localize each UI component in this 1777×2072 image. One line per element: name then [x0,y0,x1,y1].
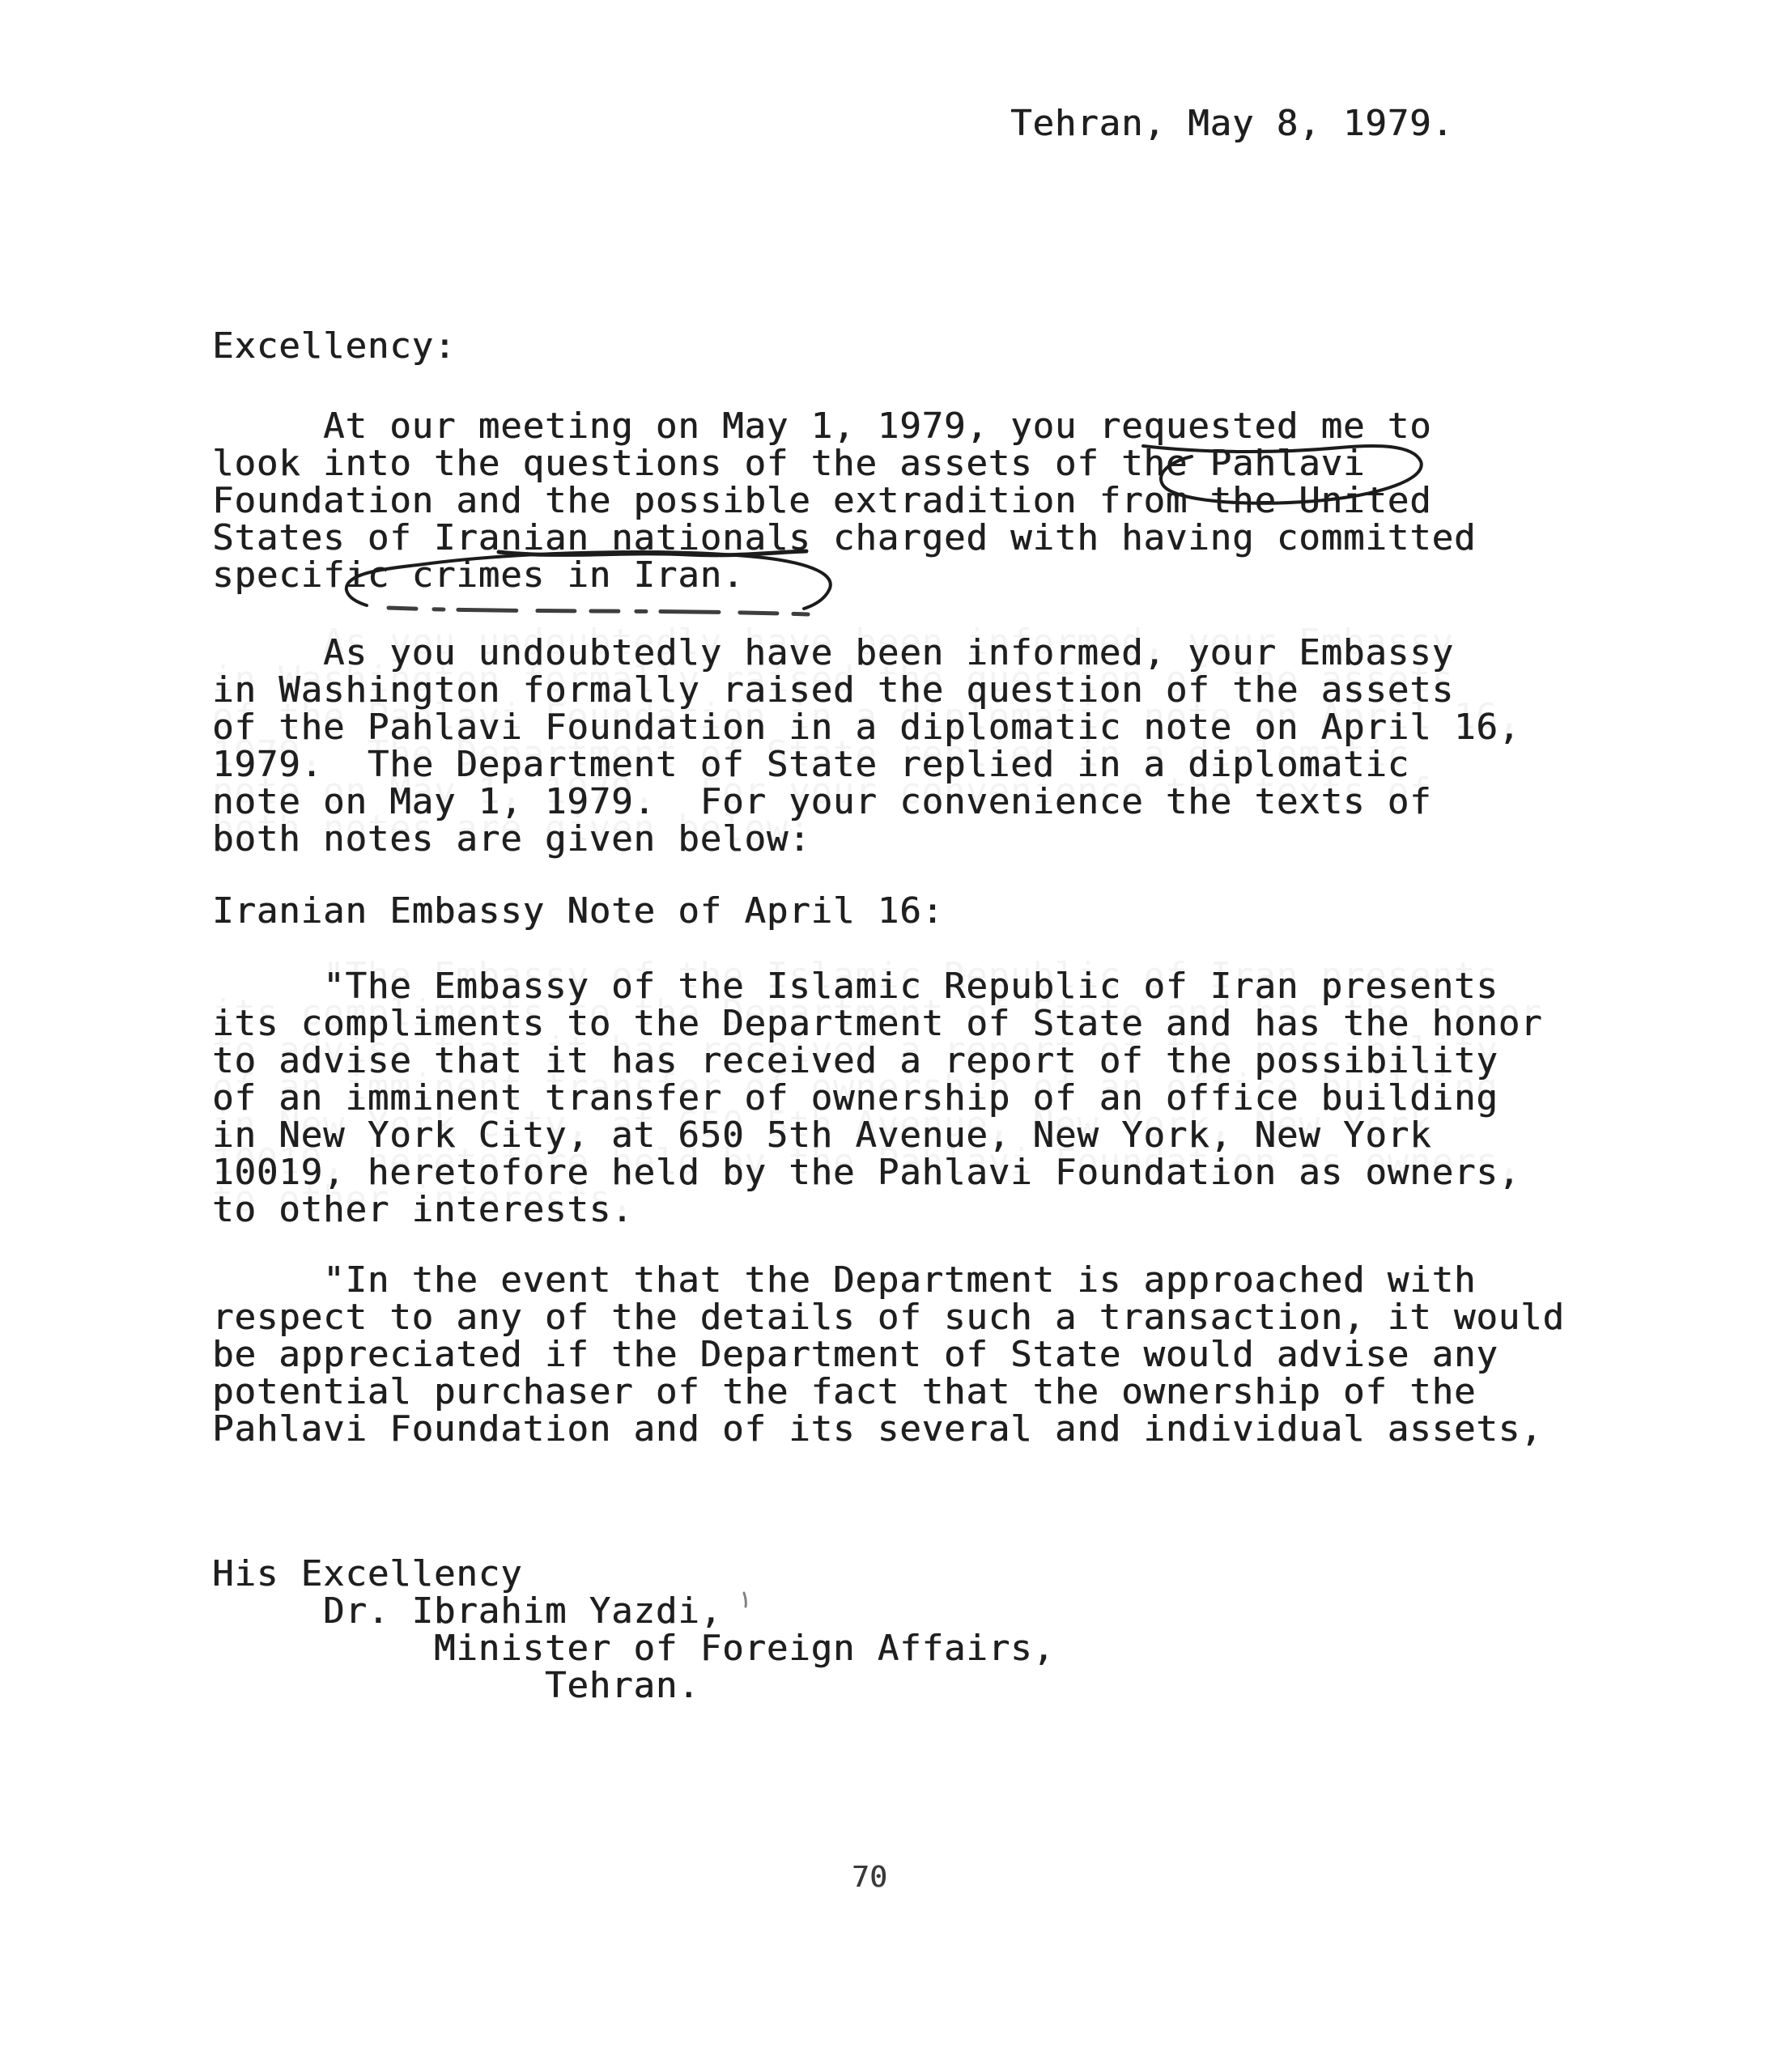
text-line: As you undoubtedly have been informed, y… [212,635,1520,672]
text-line: Pahlavi Foundation and of its several an… [212,1411,1565,1448]
text-line: specific crimes in Iran. [212,557,1476,594]
page-number: 70 [852,1859,887,1896]
paragraph-4-embassy-note: "In the event that the Department is app… [212,1262,1565,1448]
crimes-dashed-underline-annotation [389,608,808,614]
text-line: look into the questions of the assets of… [212,445,1476,482]
text-line: At our meeting on May 1, 1979, you reque… [212,408,1476,445]
text-line: in Washington formally raised the questi… [212,672,1520,709]
salutation: Excellency: [212,328,456,365]
text-line: States of Iranian nationals charged with… [212,520,1476,557]
paragraph-1: At our meeting on May 1, 1979, you reque… [212,408,1476,594]
scanned-letter-page: Tehran, May 8, 1979. Excellency: At our … [0,0,1777,2072]
paragraph-3-embassy-note: "The Embassy of the Islamic Republic of … [212,968,1542,1229]
text-line: be appreciated if the Department of Stat… [212,1336,1565,1374]
text-line: 1979. The Department of State replied in… [212,746,1520,783]
text-line: Tehran. [212,1667,1055,1705]
text-line: potential purchaser of the fact that the… [212,1374,1565,1411]
text-line: respect to any of the details of such a … [212,1299,1565,1336]
text-line: 10019, heretofore held by the Pahlavi Fo… [212,1154,1542,1191]
text-line: note on May 1, 1979. For your convenienc… [212,783,1520,821]
text-line: to other interests. [212,1191,1542,1229]
text-line: His Excellency [212,1556,1055,1593]
text-line: its compliments to the Department of Sta… [212,1005,1542,1042]
text-line: "In the event that the Department is app… [212,1262,1565,1299]
text-line: to advise that it has received a report … [212,1042,1542,1080]
text-line: in New York City, at 650 5th Avenue, New… [212,1117,1542,1154]
text-line: Dr. Ibrahim Yazdi, [212,1593,1055,1630]
text-line: Foundation and the possible extradition … [212,482,1476,520]
text-line: "The Embassy of the Islamic Republic of … [212,968,1542,1005]
text-line: Minister of Foreign Affairs, [212,1630,1055,1667]
note-heading: Iranian Embassy Note of April 16: [212,893,944,930]
text-line: both notes are given below: [212,821,1520,858]
paragraph-2: As you undoubtedly have been informed, y… [212,635,1520,858]
dateline: Tehran, May 8, 1979. [1010,105,1454,142]
recipient-address-block: His Excellency Dr. Ibrahim Yazdi, Minist… [212,1556,1055,1705]
text-line: of the Pahlavi Foundation in a diplomati… [212,709,1520,746]
text-line: of an imminent transfer of ownership of … [212,1080,1542,1117]
